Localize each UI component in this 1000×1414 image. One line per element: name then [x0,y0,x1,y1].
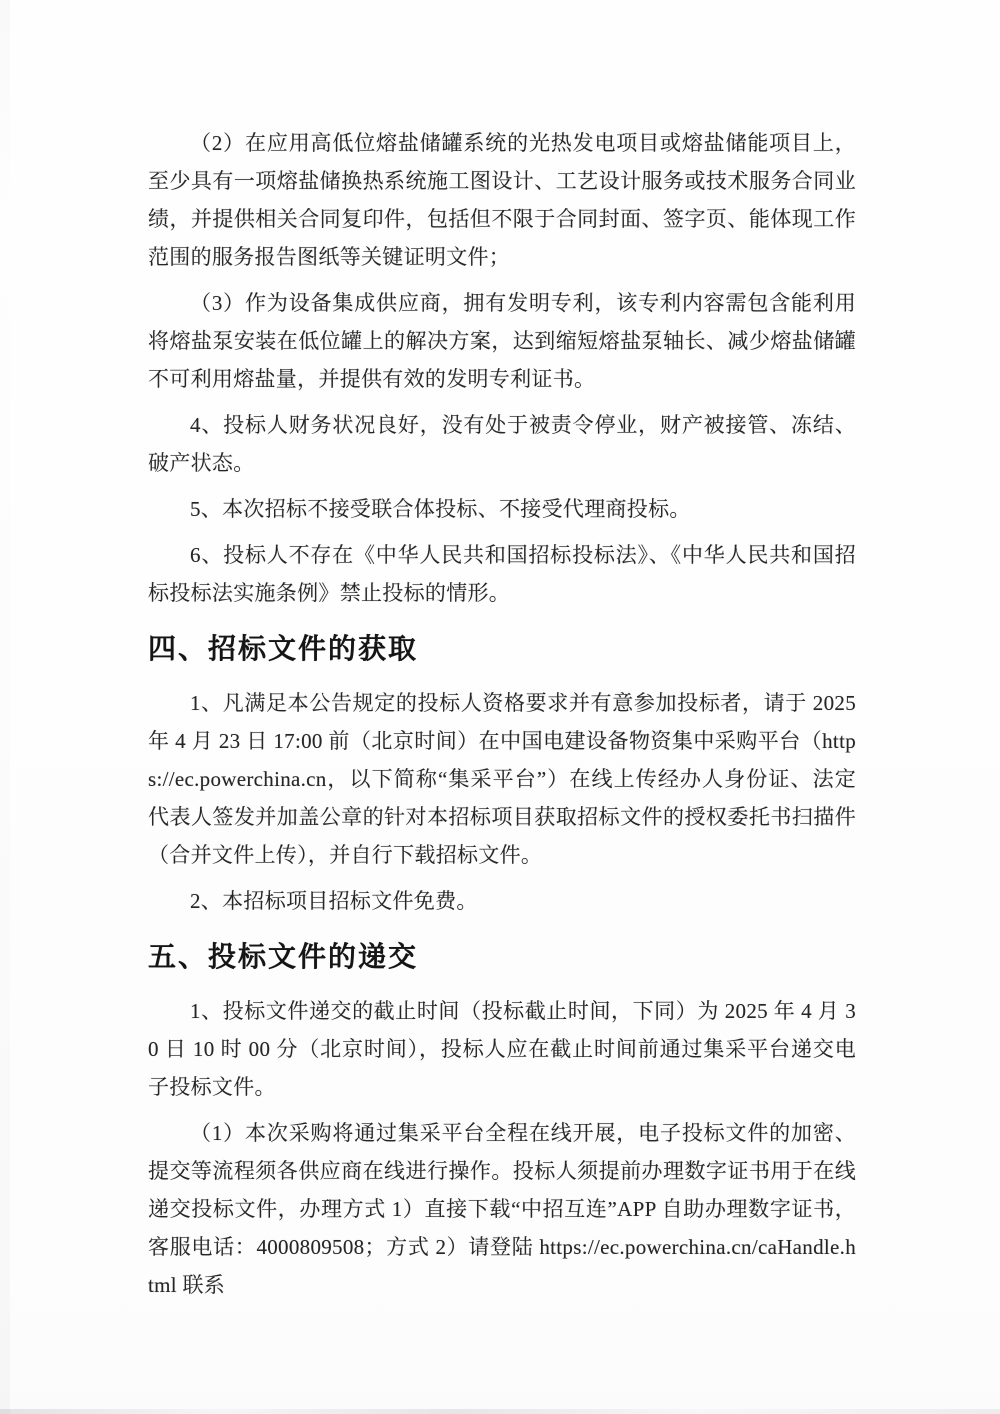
section-heading-document-acquisition: 四、招标文件的获取 [148,628,856,670]
paragraph-qualification-item-2: （2）在应用高低位熔盐储罐系统的光热发电项目或熔盐储能项目上，至少具有一项熔盐储… [148,124,856,276]
paragraph-financial-status: 4、投标人财务状况良好，没有处于被责令停业，财产被接管、冻结、破产状态。 [148,406,856,482]
section-heading-bid-submission: 五、投标文件的递交 [148,936,856,978]
document-content: （2）在应用高低位熔盐储罐系统的光热发电项目或熔盐储能项目上，至少具有一项熔盐储… [148,124,856,1312]
paragraph-documents-free: 2、本招标项目招标文件免费。 [148,882,856,920]
scan-artifact-left [0,0,10,1414]
paragraph-qualification-item-3: （3）作为设备集成供应商，拥有发明专利，该专利内容需包含能利用将熔盐泵安装在低位… [148,284,856,398]
scan-artifact-bottom [0,1409,1000,1414]
document-page: （2）在应用高低位熔盐储罐系统的光热发电项目或熔盐储能项目上，至少具有一项熔盐储… [0,0,1000,1414]
paragraph-legal-compliance: 6、投标人不存在《中华人民共和国招标投标法》、《中华人民共和国招标投标法实施条例… [148,536,856,612]
paragraph-online-procedure: （1）本次采购将通过集采平台全程在线开展，电子投标文件的加密、提交等流程须各供应… [148,1114,856,1304]
paragraph-acquisition-instructions: 1、凡满足本公告规定的投标人资格要求并有意参加投标者，请于 2025 年 4 月… [148,684,856,874]
paragraph-submission-deadline: 1、投标文件递交的截止时间（投标截止时间，下同）为 2025 年 4 月 30 … [148,992,856,1106]
paragraph-no-consortium-bids: 5、本次招标不接受联合体投标、不接受代理商投标。 [148,490,856,528]
